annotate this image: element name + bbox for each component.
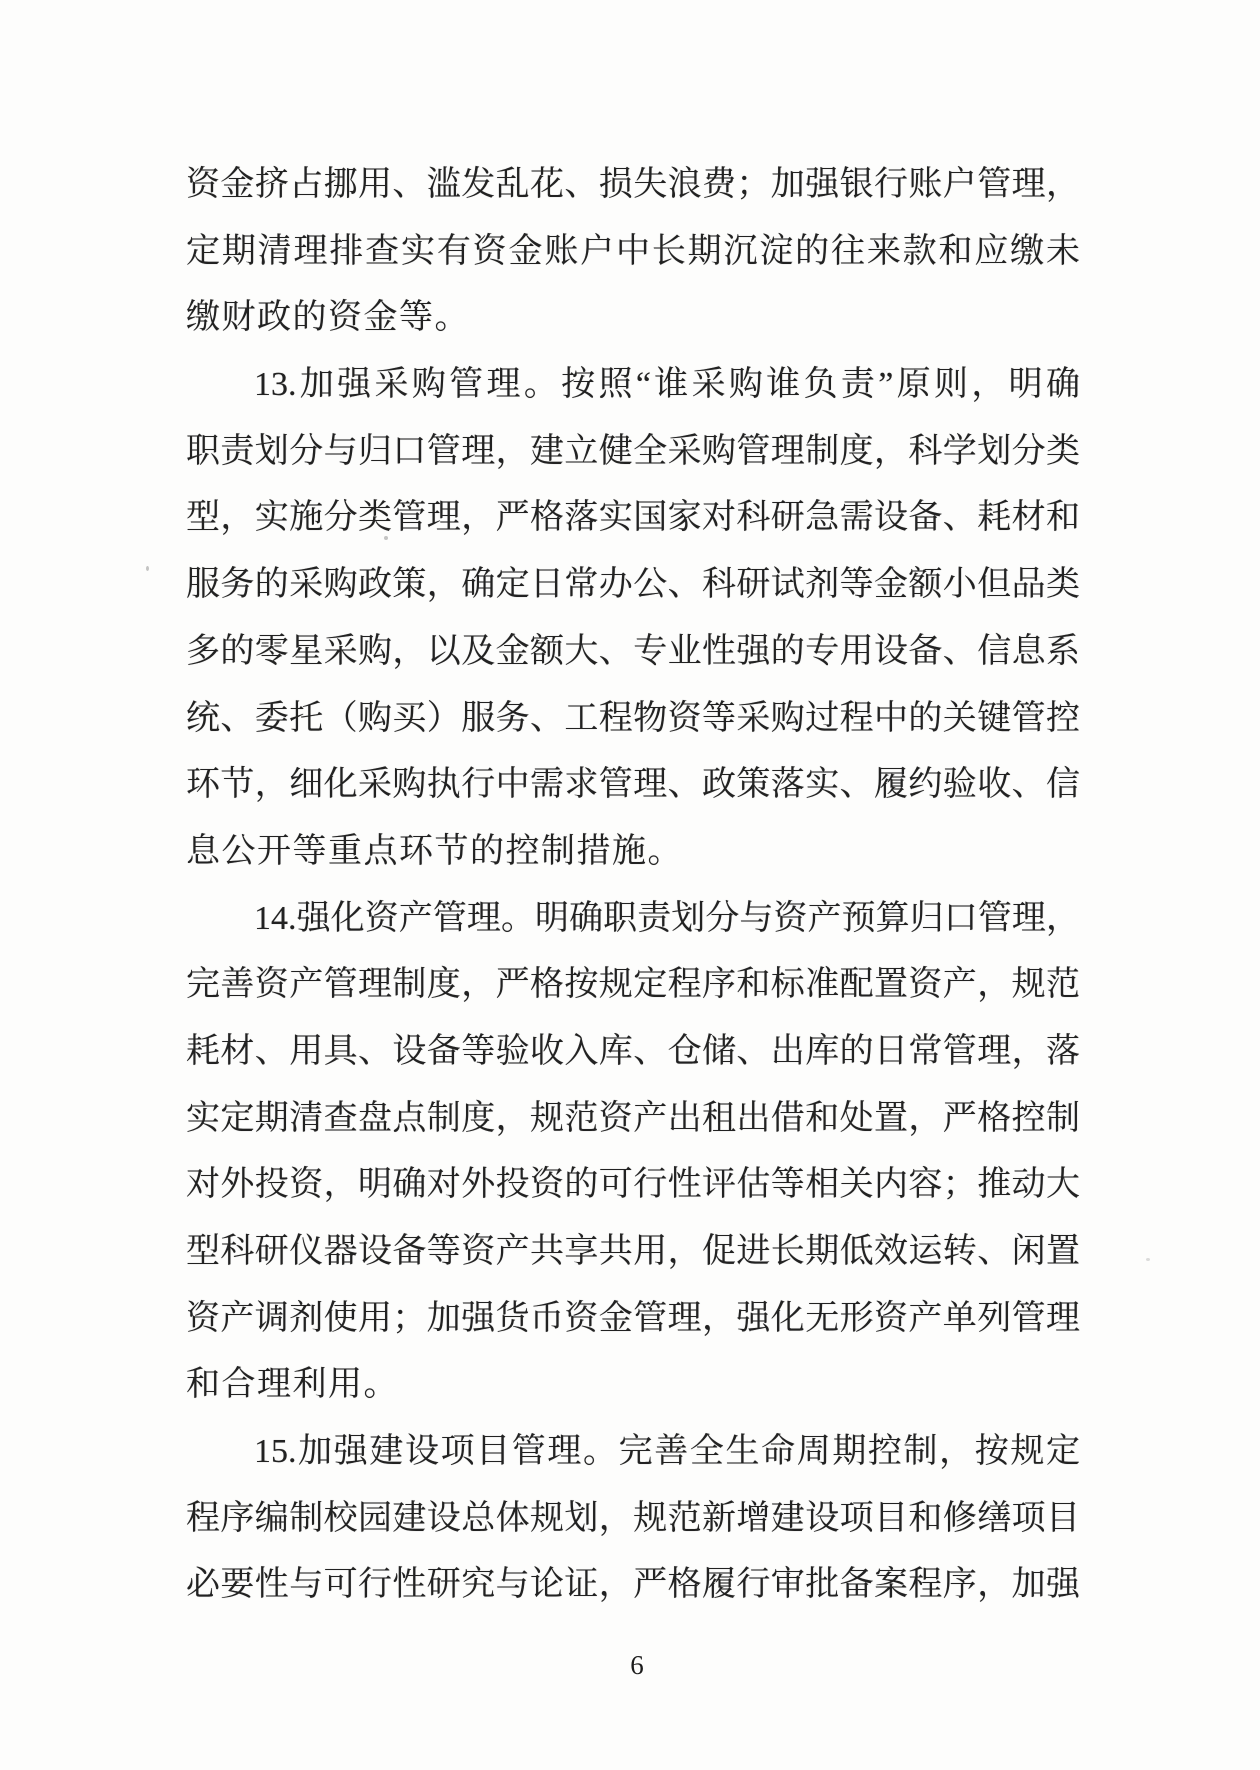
document-line: 缴财政的资金等。: [186, 285, 1080, 352]
document-line: 资产调剂使用；加强货币资金管理，强化无形资产单列管理: [186, 1286, 1080, 1353]
document-line: 多的零星采购，以及金额大、专业性强的专用设备、信息系: [186, 619, 1080, 686]
document-text-block: 资金挤占挪用、滥发乱花、损失浪费；加强银行账户管理， 定期清理排查实有资金账户中…: [186, 152, 1080, 1619]
document-line-item-15: 15.加强建设项目管理。完善全生命周期控制，按规定: [186, 1419, 1080, 1486]
document-page: 资金挤占挪用、滥发乱花、损失浪费；加强银行账户管理， 定期清理排查实有资金账户中…: [0, 0, 1260, 1770]
scan-speck: [1146, 1258, 1150, 1261]
document-line: 环节，细化采购执行中需求管理、政策落实、履约验收、信: [186, 752, 1080, 819]
scan-speck: [146, 566, 149, 571]
document-line: 型科研仪器设备等资产共享共用，促进长期低效运转、闲置: [186, 1219, 1080, 1286]
document-line: 对外投资，明确对外投资的可行性评估等相关内容；推动大: [186, 1152, 1080, 1219]
document-line: 息公开等重点环节的控制措施。: [186, 819, 1080, 886]
document-line: 定期清理排查实有资金账户中长期沉淀的往来款和应缴未: [186, 219, 1080, 286]
document-line: 资金挤占挪用、滥发乱花、损失浪费；加强银行账户管理，: [186, 152, 1080, 219]
scan-speck: [384, 536, 388, 540]
document-line: 型，实施分类管理，严格落实国家对科研急需设备、耗材和: [186, 485, 1080, 552]
document-line: 服务的采购政策，确定日常办公、科研试剂等金额小但品类: [186, 552, 1080, 619]
document-line-item-13: 13.加强采购管理。按照“谁采购谁负责”原则，明确: [186, 352, 1080, 419]
document-line: 程序编制校园建设总体规划，规范新增建设项目和修缮项目: [186, 1486, 1080, 1553]
document-line: 耗材、用具、设备等验收入库、仓储、出库的日常管理，落: [186, 1019, 1080, 1086]
document-line: 必要性与可行性研究与论证，严格履行审批备案程序，加强: [186, 1552, 1080, 1619]
document-line: 统、委托（购买）服务、工程物资等采购过程中的关键管控: [186, 686, 1080, 753]
document-line: 实定期清查盘点制度，规范资产出租出借和处置，严格控制: [186, 1086, 1080, 1153]
document-line: 和合理利用。: [186, 1352, 1080, 1419]
document-line: 完善资产管理制度，严格按规定程序和标准配置资产，规范: [186, 952, 1080, 1019]
page-number: 6: [0, 1648, 1260, 1682]
document-line: 职责划分与归口管理，建立健全采购管理制度，科学划分类: [186, 419, 1080, 486]
document-line-item-14: 14.强化资产管理。明确职责划分与资产预算归口管理，: [186, 886, 1080, 953]
